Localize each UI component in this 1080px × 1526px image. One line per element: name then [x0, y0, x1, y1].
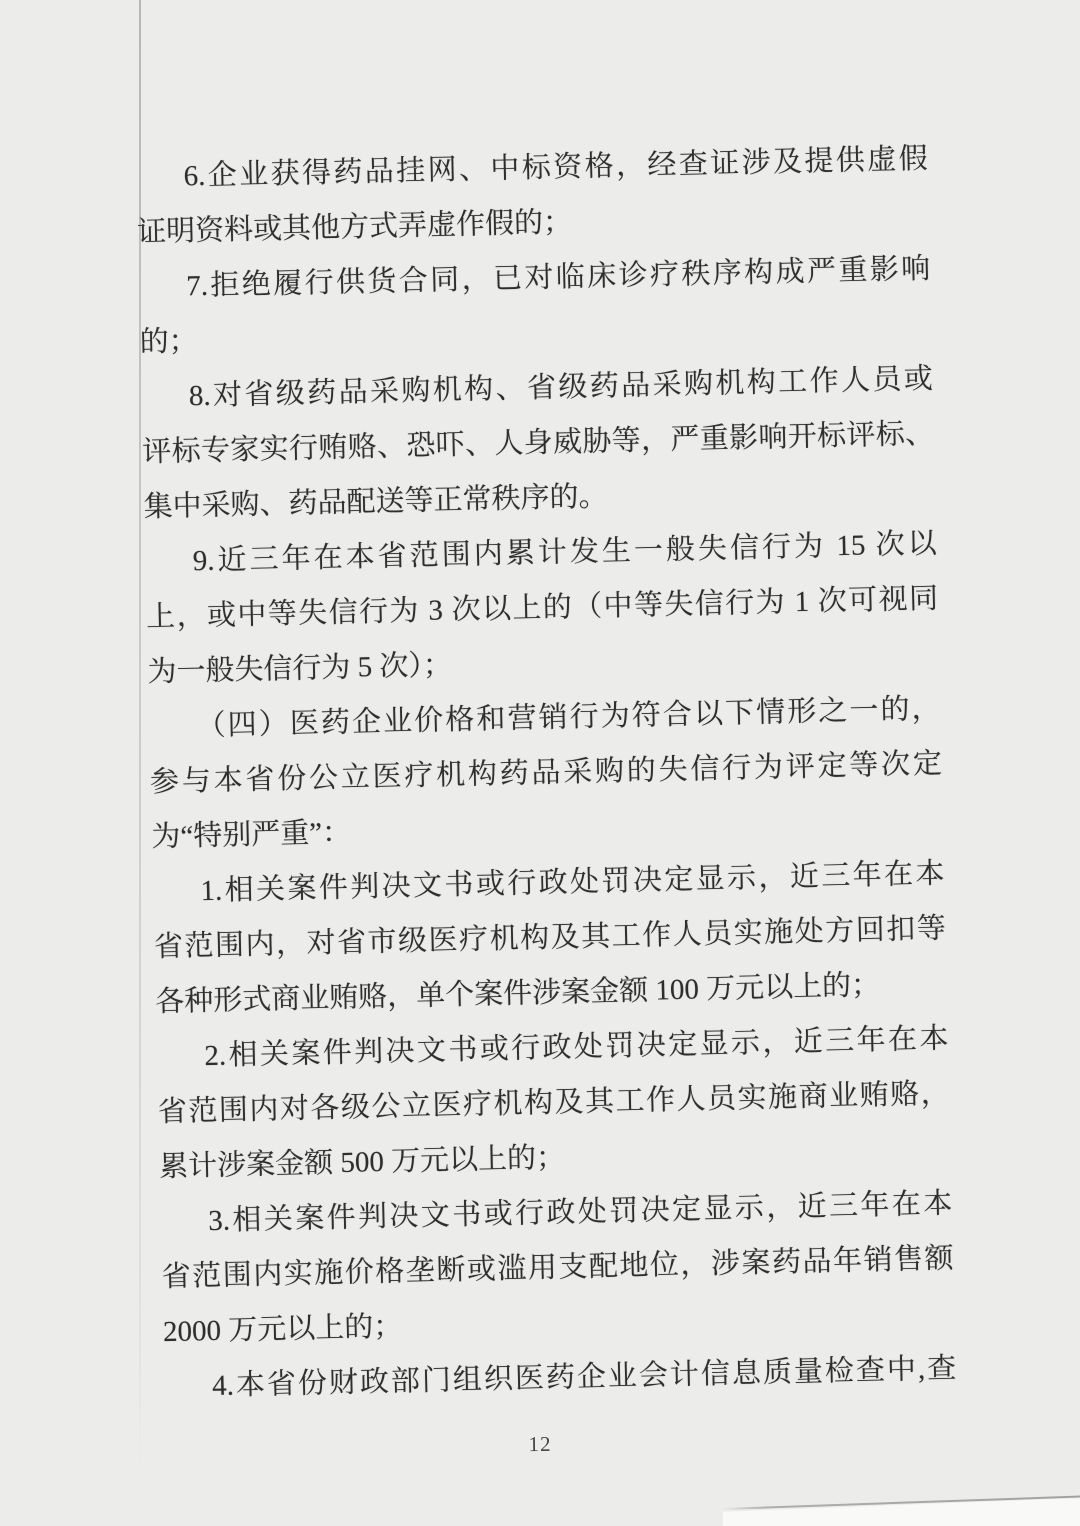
document-body: 6.企业获得药品挂网、中标资格，经查证涉及提供虚假 证明资料或其他方式弄虚作假的…	[135, 132, 957, 1415]
